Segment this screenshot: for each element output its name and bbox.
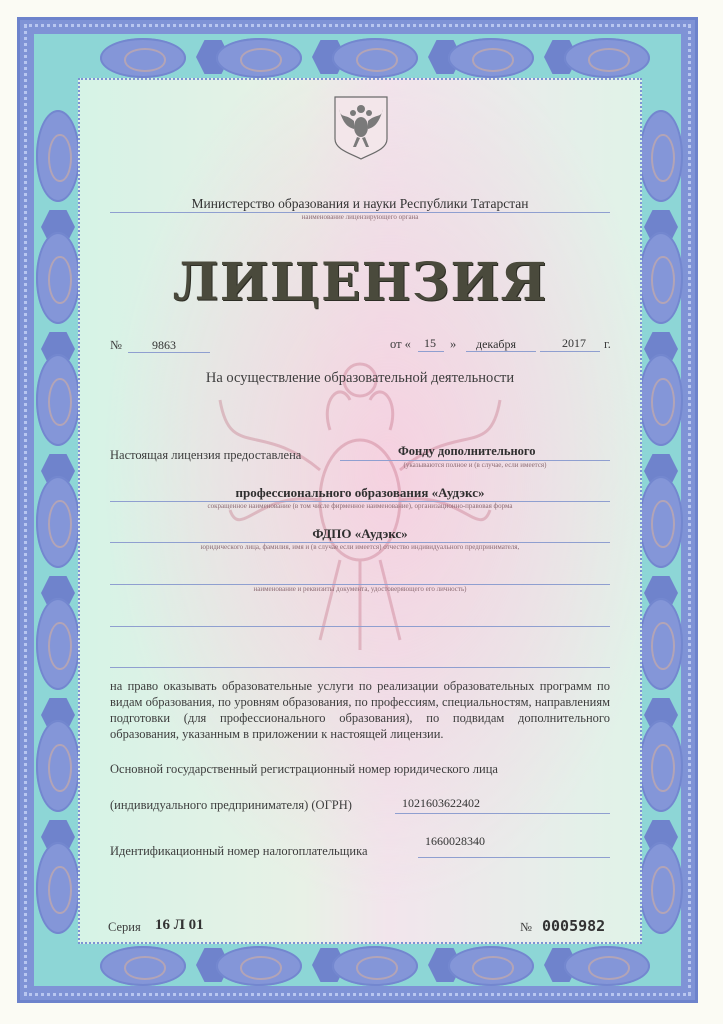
ornament-medallion: [216, 38, 302, 78]
ornament-medallion: [639, 110, 683, 202]
ogrn-line: [395, 813, 610, 814]
date-year-line: [540, 351, 600, 352]
inn-line: [418, 857, 610, 858]
empty-line-3: [110, 667, 610, 668]
licensee-name-line1: Фонду дополнительного: [398, 444, 536, 459]
caption-short-name: сокращенное наименование (в том числе фи…: [110, 502, 610, 510]
date-day-close: »: [450, 337, 456, 352]
ornament-medallion: [36, 232, 80, 324]
blank-number: 0005982: [542, 917, 605, 935]
granted-label: Настоящая лицензия предоставлена: [110, 448, 301, 463]
caption-full-name: (указываются полное и (в случае, если им…: [340, 461, 610, 469]
ornament-medallion: [36, 476, 80, 568]
ornament-medallion: [448, 946, 534, 986]
caption-identity-document: наименование и реквизиты документа, удос…: [110, 585, 610, 593]
ornament-medallion: [332, 38, 418, 78]
inn-label: Идентификационный номер налогоплательщик…: [110, 844, 368, 859]
ornament-medallion: [100, 946, 186, 986]
date-year: 2017: [562, 336, 586, 351]
ornament-medallion: [639, 232, 683, 324]
ornament-medallion: [36, 354, 80, 446]
ornament-medallion: [639, 720, 683, 812]
date-day: 15: [424, 336, 436, 351]
ornament-medallion: [564, 946, 650, 986]
ornament-medallion: [448, 38, 534, 78]
series-label: Серия: [108, 920, 141, 935]
authority-caption: наименование лицензирующего органа: [110, 213, 610, 221]
date-suffix: г.: [604, 337, 611, 352]
inn-value: 1660028340: [425, 834, 485, 849]
ogrn-value: 1021603622402: [402, 796, 480, 811]
caption-legal-entity: юридического лица, фамилия, имя и (в слу…: [110, 543, 610, 551]
license-purpose: На осуществление образовательной деятель…: [110, 370, 610, 387]
empty-line-2: [110, 626, 610, 627]
ornament-medallion: [36, 842, 80, 934]
ornament-medallion: [332, 946, 418, 986]
licensing-authority: Министерство образования и науки Республ…: [110, 196, 610, 212]
ornament-medallion: [639, 476, 683, 568]
document-title: ЛИЦЕНЗИЯ: [110, 252, 610, 313]
blank-number-prefix: №: [520, 920, 532, 935]
ogrn-label-line2: (индивидуального предпринимателя) (ОГРН): [110, 798, 352, 813]
ornament-medallion: [36, 110, 80, 202]
ornament-medallion: [639, 842, 683, 934]
ornament-medallion: [100, 38, 186, 78]
number-line: [128, 352, 210, 353]
date-prefix: от «: [390, 337, 411, 352]
licensee-name-line2: профессионального образования «Аудэкс»: [110, 485, 610, 501]
ogrn-label-line1: Основной государственный регистрационный…: [110, 762, 498, 777]
date-month: декабря: [476, 337, 516, 352]
date-day-line: [418, 351, 444, 352]
rights-paragraph: на право оказывать образовательные услуг…: [110, 678, 610, 742]
ornament-medallion: [36, 720, 80, 812]
ornament-medallion: [639, 354, 683, 446]
ornament-medallion: [639, 598, 683, 690]
date-month-line: [466, 351, 536, 352]
ornament-medallion: [216, 946, 302, 986]
coat-of-arms-icon: [333, 95, 389, 161]
licensee-short-name: ФДПО «Аудэкс»: [110, 526, 610, 542]
ornament-medallion: [564, 38, 650, 78]
ornament-medallion: [36, 598, 80, 690]
number-prefix: №: [110, 338, 122, 353]
license-number: 9863: [152, 338, 176, 353]
series-value: 16 Л 01: [155, 917, 204, 934]
